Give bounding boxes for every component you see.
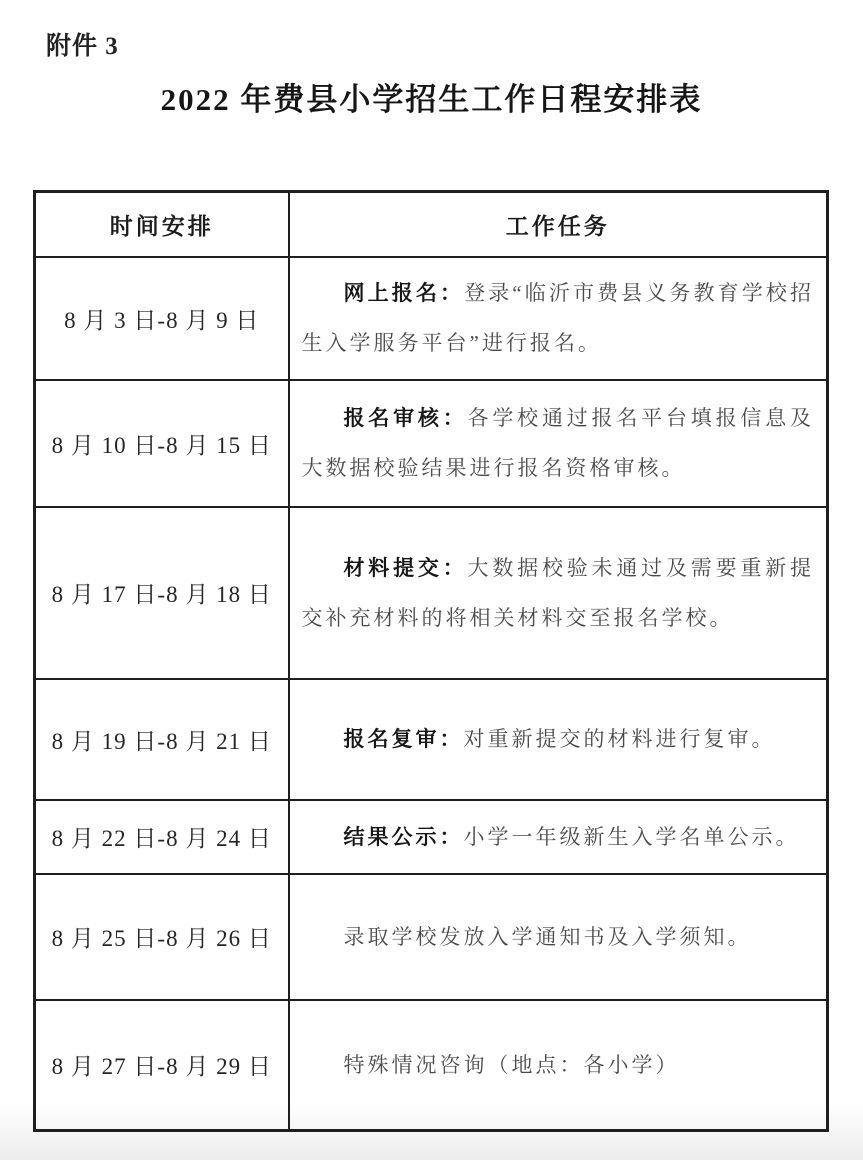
task-label: 网上报名： <box>344 281 465 305</box>
table-row: 8 月 17 日-8 月 18 日 材料提交：大数据校验未通过及需要重新提交补充… <box>35 507 828 679</box>
task-label: 报名审核： <box>344 406 468 430</box>
time-cell: 8 月 25 日-8 月 26 日 <box>35 874 289 1000</box>
table-row: 8 月 25 日-8 月 26 日 录取学校发放入学通知书及入学须知。 <box>35 874 828 1000</box>
column-header-time: 时间安排 <box>35 192 289 257</box>
task-label: 结果公示： <box>344 825 464 849</box>
task-body: 小学一年级新生入学名单公示。 <box>464 825 800 849</box>
task-text: 网上报名：登录“临沂市费县义务教育学校招生入学服务平台”进行报名。 <box>302 268 815 368</box>
task-cell: 报名审核：各学校通过报名平台填报信息及大数据校验结果进行报名资格审核。 <box>289 380 828 507</box>
task-cell: 材料提交：大数据校验未通过及需要重新提交补充材料的将相关材料交至报名学校。 <box>289 507 828 679</box>
task-text: 结果公示：小学一年级新生入学名单公示。 <box>302 812 815 862</box>
column-header-task: 工作任务 <box>289 192 828 257</box>
task-body: 特殊情况咨询（地点：各小学） <box>344 1053 680 1077</box>
task-text: 材料提交：大数据校验未通过及需要重新提交补充材料的将相关材料交至报名学校。 <box>302 543 815 643</box>
time-cell: 8 月 10 日-8 月 15 日 <box>35 380 289 507</box>
task-cell: 结果公示：小学一年级新生入学名单公示。 <box>289 800 828 874</box>
table-row: 8 月 3 日-8 月 9 日 网上报名：登录“临沂市费县义务教育学校招生入学服… <box>35 257 828 380</box>
table-row: 8 月 19 日-8 月 21 日 报名复审：对重新提交的材料进行复审。 <box>35 679 828 800</box>
time-cell: 8 月 3 日-8 月 9 日 <box>35 257 289 380</box>
task-text: 录取学校发放入学通知书及入学须知。 <box>302 912 815 962</box>
task-body: 录取学校发放入学通知书及入学须知。 <box>344 925 752 949</box>
task-cell: 报名复审：对重新提交的材料进行复审。 <box>289 679 828 800</box>
time-cell: 8 月 19 日-8 月 21 日 <box>35 679 289 800</box>
task-body: 对重新提交的材料进行复审。 <box>464 727 776 751</box>
page-title: 2022 年费县小学招生工作日程安排表 <box>0 74 863 119</box>
header-row: 时间安排 工作任务 <box>35 192 828 257</box>
task-text: 特殊情况咨询（地点：各小学） <box>302 1040 815 1090</box>
table-row: 8 月 27 日-8 月 29 日 特殊情况咨询（地点：各小学） <box>35 1000 828 1131</box>
task-cell: 特殊情况咨询（地点：各小学） <box>289 1000 828 1131</box>
task-label: 报名复审： <box>344 727 464 751</box>
time-cell: 8 月 27 日-8 月 29 日 <box>35 1000 289 1131</box>
task-text: 报名审核：各学校通过报名平台填报信息及大数据校验结果进行报名资格审核。 <box>302 393 815 493</box>
time-cell: 8 月 22 日-8 月 24 日 <box>35 800 289 874</box>
time-cell: 8 月 17 日-8 月 18 日 <box>35 507 289 679</box>
task-text: 报名复审：对重新提交的材料进行复审。 <box>302 714 815 764</box>
table-row: 8 月 10 日-8 月 15 日 报名审核：各学校通过报名平台填报信息及大数据… <box>35 380 828 507</box>
task-cell: 录取学校发放入学通知书及入学须知。 <box>289 874 828 1000</box>
schedule-table: 时间安排 工作任务 8 月 3 日-8 月 9 日 网上报名：登录“临沂市费县义… <box>33 190 829 1132</box>
table-row: 8 月 22 日-8 月 24 日 结果公示：小学一年级新生入学名单公示。 <box>35 800 828 874</box>
attachment-label: 附件 3 <box>46 26 119 62</box>
task-cell: 网上报名：登录“临沂市费县义务教育学校招生入学服务平台”进行报名。 <box>289 257 828 380</box>
task-label: 材料提交： <box>344 556 468 580</box>
